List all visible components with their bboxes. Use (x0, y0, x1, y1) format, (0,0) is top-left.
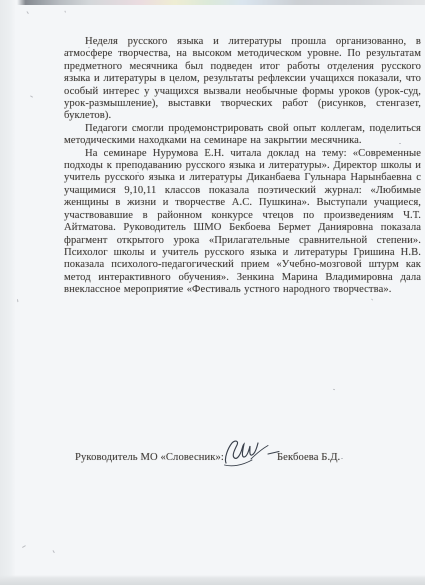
scan-speck (64, 11, 66, 13)
scan-speck (17, 299, 19, 302)
scan-speck (371, 299, 373, 301)
scan-speck (341, 458, 343, 459)
scan-speck (52, 550, 55, 553)
scan-speck (30, 95, 33, 98)
paragraph-teachers-experience: Педагоги смогли продемонстрировать свой … (64, 123, 421, 148)
paragraph-week-summary: Неделя русского языка и литературы прошл… (64, 36, 421, 123)
signatory-name: Бекбоева Б.Д. (277, 452, 340, 463)
scanned-document-page: Неделя русского языка и литературы прошл… (0, 0, 425, 585)
scan-bottom-edge (0, 575, 425, 585)
document-body: Неделя русского языка и литературы прошл… (64, 36, 421, 297)
scan-left-edge (0, 0, 16, 585)
scan-speck (22, 545, 26, 548)
paragraph-seminar-details: На семинаре Нурумова Е.Н. читала доклад … (64, 148, 421, 297)
scan-speck (26, 11, 29, 14)
scan-top-edge (0, 0, 425, 5)
scan-speck (333, 389, 335, 391)
handwritten-signature (222, 436, 280, 470)
signature-label: Руководитель МО «Словесник»: (75, 452, 224, 463)
